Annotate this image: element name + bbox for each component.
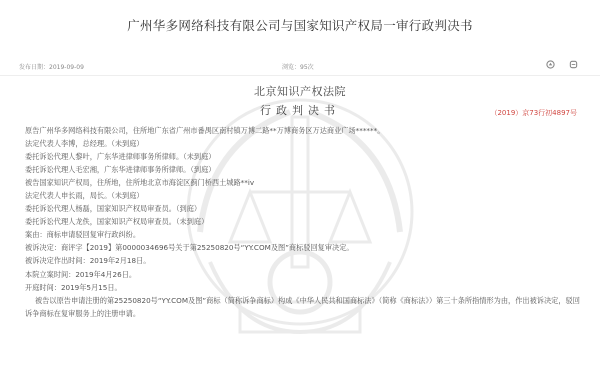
- publish-date-label: 发布日期：: [19, 64, 49, 71]
- hearing-date-line: 开庭时间：2019年5月15日。: [25, 281, 585, 294]
- cause-of-action-line: 案由：商标申请驳回复审行政纠纷。: [25, 228, 585, 241]
- view-count-value: 95次: [300, 64, 314, 71]
- defendant-agent-2-line: 委托诉讼代理人龙佚，国家知识产权局审查员。（未到庭）: [25, 215, 585, 228]
- plaintiff-agent-2-line: 委托诉讼代理人毛宏湘，广东华进律师事务所律师。（到庭）: [25, 163, 585, 176]
- defendant-line: 被告国家知识产权局，住所地，住所地北京市海淀区蓟门桥西土城路**iv: [25, 176, 585, 189]
- filing-date-line: 本院立案时间：2019年4月26日。: [25, 268, 585, 281]
- meta-bar: 发布日期：2019-09-09 浏览：95次: [0, 60, 600, 76]
- contested-decision-line: 被诉决定：商评字【2019】第0000034696号关于第25250820号“Y…: [25, 241, 585, 254]
- publish-date: 发布日期：2019-09-09: [19, 62, 84, 71]
- share-icon[interactable]: [546, 60, 555, 69]
- publish-date-value: 2019-09-09: [49, 64, 84, 71]
- plaintiff-legal-rep-line: 法定代表人李博，总经理。（未到庭）: [25, 137, 585, 150]
- defendant-legal-rep-line: 法定代表人申长雨，局长。（未到庭）: [25, 189, 585, 202]
- meta-actions: [546, 60, 578, 69]
- view-count-label: 浏览：: [282, 64, 300, 71]
- defendant-agent-1-line: 委托诉讼代理人杨磊，国家知识产权局审查员。（到庭）: [25, 202, 585, 215]
- reasoning-paragraph: 被告以原告申请注册的第25250820号“YY.COM及图”商标（简称诉争商标）…: [25, 294, 585, 320]
- print-icon[interactable]: [569, 60, 578, 69]
- court-name: 北京知识产权法院: [0, 83, 600, 99]
- page-title: 广州华多网络科技有限公司与国家知识产权局一审行政判决书: [0, 16, 600, 34]
- plaintiff-agent-1-line: 委托诉讼代理人黎叶，广东华进律师事务所律师。（未到庭）: [25, 150, 585, 163]
- document-body: 原告广州华多网络科技有限公司，住所地广东省广州市番禺区南村镇万博二路**万博商务…: [25, 124, 585, 320]
- plaintiff-line: 原告广州华多网络科技有限公司，住所地广东省广州市番禺区南村镇万博二路**万博商务…: [25, 124, 585, 137]
- decision-date-line: 被诉决定作出时间：2019年2月18日。: [25, 254, 585, 267]
- view-count: 浏览：95次: [282, 62, 314, 71]
- case-number: （2019）京73行初4897号: [490, 108, 577, 118]
